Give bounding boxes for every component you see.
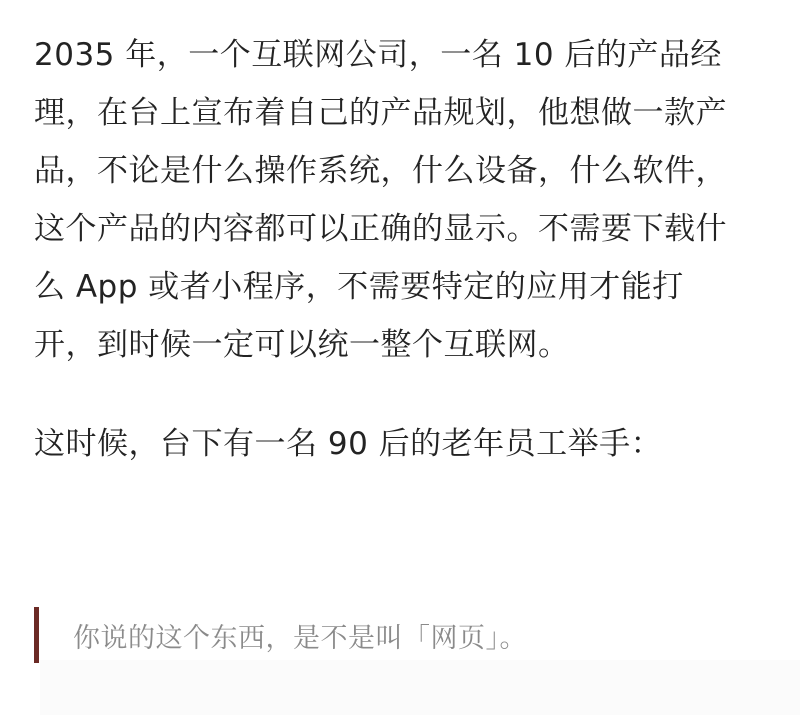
paragraph-line: 么 App 或者小程序，不需要特定的应用才能打 [34, 258, 774, 316]
paragraph-line: 这个产品的内容都可以正确的显示。不需要下载什 [34, 200, 774, 258]
paragraph-line: 2035 年，一个互联网公司，一名 10 后的产品经 [34, 26, 774, 84]
quote-text: 你说的这个东西，是不是叫「网页」。 [73, 616, 527, 655]
quote-background [40, 660, 800, 715]
paragraph-line: 理，在台上宣布着自己的产品规划，他想做一款产 [34, 84, 774, 142]
paragraph-line: 品，不论是什么操作系统，什么设备，什么软件， [34, 142, 774, 200]
paragraph-line: 这时候，台下有一名 90 后的老年员工举手： [34, 415, 774, 473]
blockquote: 你说的这个东西，是不是叫「网页」。 [34, 607, 774, 663]
article-paragraph-2: 这时候，台下有一名 90 后的老年员工举手： [34, 415, 774, 473]
quote-bar [34, 607, 39, 663]
paragraph-line: 开，到时候一定可以统一整个互联网。 [34, 316, 774, 374]
article-paragraph-1: 2035 年，一个互联网公司，一名 10 后的产品经 理，在台上宣布着自己的产品… [34, 26, 774, 374]
